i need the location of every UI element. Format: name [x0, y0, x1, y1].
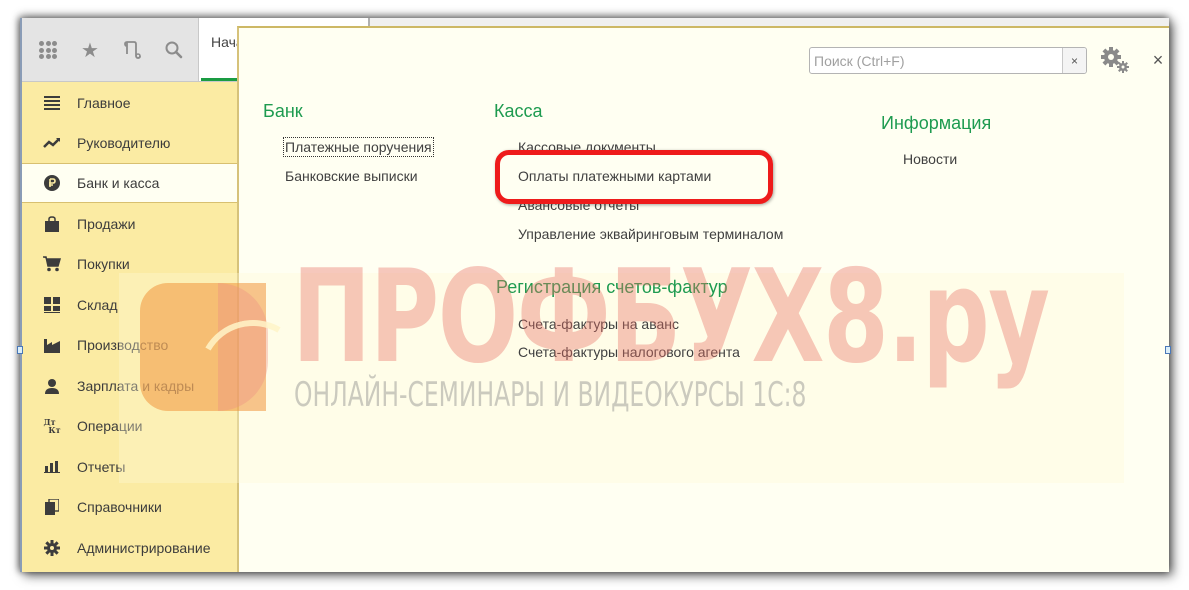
link-card-payments[interactable]: Оплаты платежными картами	[518, 168, 711, 184]
warehouse-grid-icon	[42, 295, 62, 315]
sidebar-item-reports[interactable]: Отчеты	[22, 447, 236, 487]
settings-button[interactable]	[1099, 46, 1131, 74]
search-field[interactable]: ×	[809, 47, 1087, 74]
sidebar-item-label: Отчеты	[77, 459, 125, 475]
sidebar-item-label: Продажи	[77, 216, 135, 232]
trend-chart-icon	[42, 133, 62, 153]
sidebar-item-manager[interactable]: Руководителю	[22, 123, 236, 163]
link-advance-reports[interactable]: Авансовые отчеты	[518, 197, 639, 213]
search-icon[interactable]	[162, 38, 186, 62]
sidebar-item-sales[interactable]: Продажи	[22, 204, 236, 244]
sidebar: Главное Руководителю Банк и касса Продаж…	[22, 82, 238, 572]
person-icon	[42, 376, 62, 396]
resize-handle-left[interactable]	[17, 346, 23, 354]
link-acquiring-terminal[interactable]: Управление эквайринговым терминалом	[518, 226, 783, 242]
tab-home[interactable]: Начальная страница	[199, 18, 239, 82]
gear-icon	[42, 538, 62, 558]
sidebar-item-main[interactable]: Главное	[22, 83, 236, 123]
section-title-invoices: Регистрация счетов-фактур	[496, 277, 728, 298]
sidebar-item-administration[interactable]: Администрирование	[22, 528, 236, 568]
link-bank-statements[interactable]: Банковские выписки	[285, 168, 418, 184]
shopping-bag-icon	[42, 214, 62, 234]
sidebar-item-label: Главное	[77, 95, 131, 111]
sidebar-item-label: Покупки	[77, 256, 130, 272]
search-clear-button[interactable]: ×	[1062, 48, 1086, 73]
sidebar-item-label: Банк и касса	[77, 175, 159, 191]
search-input[interactable]	[810, 48, 1062, 73]
resize-handle-right[interactable]	[1165, 346, 1171, 354]
tab-active-indicator	[201, 78, 239, 81]
link-cash-documents[interactable]: Кассовые документы	[518, 139, 656, 155]
factory-icon	[42, 335, 62, 355]
sidebar-item-warehouse[interactable]: Склад	[22, 285, 236, 325]
apps-grid-icon[interactable]	[36, 38, 60, 62]
sidebar-item-label: Справочники	[77, 499, 162, 515]
settings-gear-icon	[1099, 46, 1131, 74]
clear-icon: ×	[1071, 54, 1078, 68]
sidebar-item-production[interactable]: Производство	[22, 325, 236, 365]
section-title-cash: Касса	[494, 101, 543, 122]
watermark-backdrop	[119, 273, 1124, 483]
tab-home-label: Начальная страница	[211, 34, 239, 50]
sidebar-item-bank-cash[interactable]: Банк и касса	[22, 163, 238, 203]
ruble-icon	[42, 173, 62, 193]
close-button[interactable]: ×	[1151, 50, 1165, 70]
cart-icon	[42, 254, 62, 274]
books-icon	[42, 497, 62, 517]
sidebar-item-label: Склад	[77, 297, 118, 313]
top-strip	[368, 18, 1169, 26]
section-title-info: Информация	[881, 113, 991, 134]
menu-lines-icon	[42, 93, 62, 113]
link-news[interactable]: Новости	[903, 151, 957, 167]
sidebar-item-label: Зарплата и кадры	[77, 378, 194, 394]
section-popup: × ×	[237, 26, 1169, 572]
sidebar-item-label: Руководителю	[77, 135, 170, 151]
app-window: ★ Начальная страница Главное Руководител…	[20, 18, 1169, 572]
link-advance-invoices[interactable]: Счета-фактуры на аванс	[518, 316, 679, 332]
link-tax-agent-invoices[interactable]: Счета-фактуры налогового агента	[518, 344, 740, 360]
sidebar-item-label: Администрирование	[77, 540, 211, 556]
sidebar-item-label: Операции	[77, 418, 143, 434]
debit-credit-icon: ДтКт	[42, 416, 62, 436]
sidebar-item-label: Производство	[77, 337, 168, 353]
bar-chart-icon	[42, 457, 62, 477]
sidebar-item-salary[interactable]: Зарплата и кадры	[22, 366, 236, 406]
sidebar-item-purchases[interactable]: Покупки	[22, 244, 236, 284]
toolbar: ★	[22, 18, 198, 82]
favorites-star-icon[interactable]: ★	[78, 38, 102, 62]
sidebar-item-operations[interactable]: ДтКт Операции	[22, 406, 236, 446]
history-icon[interactable]	[120, 38, 144, 62]
section-title-bank: Банк	[263, 101, 303, 122]
sidebar-item-catalogs[interactable]: Справочники	[22, 487, 236, 527]
link-payment-orders[interactable]: Платежные поручения	[285, 139, 432, 155]
close-icon: ×	[1153, 50, 1164, 70]
